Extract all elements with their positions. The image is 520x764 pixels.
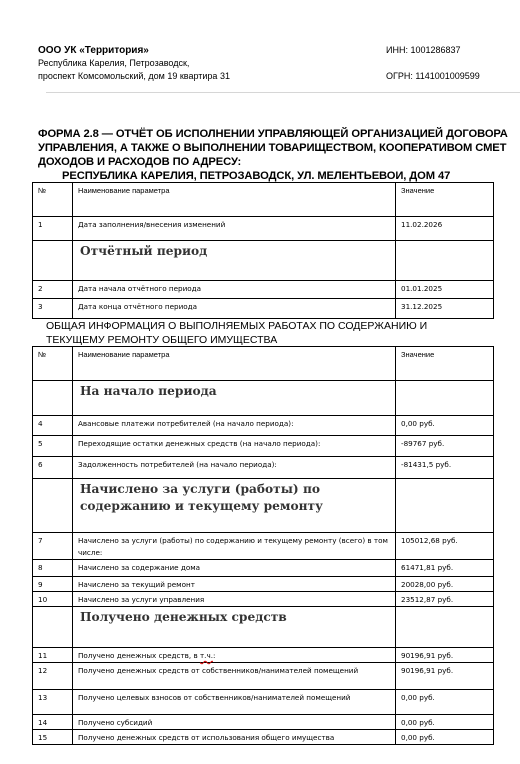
- header-divider: [46, 92, 520, 93]
- row-name: Получено денежных средств, в т.ч.:: [73, 648, 396, 663]
- section-heading-accrued: Начислено за услуги (работы) по содержан…: [78, 481, 391, 517]
- row-num: 10: [33, 592, 73, 607]
- organization-info: ООО УК «Территория» Республика Карелия, …: [38, 44, 230, 83]
- row-value: 20028,00 руб.: [396, 577, 494, 592]
- row-name: Дата начала отчётного периода: [73, 281, 396, 299]
- row-num: 6: [33, 457, 73, 479]
- row-num: 3: [33, 299, 73, 319]
- row-num: 9: [33, 577, 73, 592]
- table-row: 2 Дата начала отчётного периода 01.01.20…: [33, 281, 494, 299]
- row-name: Начислено за содержание дома: [73, 560, 396, 577]
- row-num: 1: [33, 217, 73, 241]
- row-name: Дата конца отчётного периода: [73, 299, 396, 319]
- row-value: 90196,91 руб.: [396, 648, 494, 663]
- row-num: 12: [33, 663, 73, 690]
- row-value: -81431,5 руб.: [396, 457, 494, 479]
- column-header-value: Значение: [396, 347, 494, 381]
- table-row: 11 Получено денежных средств, в т.ч.: 90…: [33, 648, 494, 663]
- section-row: Получено денежных средств: [33, 607, 494, 648]
- row-name: Получено денежных средств от использован…: [73, 730, 396, 745]
- section-heading-received: Получено денежных средств: [78, 609, 391, 628]
- table-row: 3 Дата конца отчётного периода 31.12.202…: [33, 299, 494, 319]
- row-name: Переходящие остатки денежных средств (на…: [73, 436, 396, 457]
- column-header-name: Наименование параметра: [73, 347, 396, 381]
- organization-name: ООО УК «Территория»: [38, 44, 230, 57]
- section-row: Начислено за услуги (работы) по содержан…: [33, 479, 494, 533]
- row-value: 0,00 руб.: [396, 416, 494, 436]
- row-value: 0,00 руб.: [396, 690, 494, 715]
- row-num: 4: [33, 416, 73, 436]
- row-num: 5: [33, 436, 73, 457]
- row-name: Начислено за услуги (работы) по содержан…: [73, 533, 396, 560]
- table-header-row: № Наименование параметра Значение: [33, 347, 494, 381]
- row-value: 31.12.2025: [396, 299, 494, 319]
- form-address: РЕСПУБЛИКА КАРЕЛИЯ, ПЕТРОЗАВОДСК, УЛ. МЕ…: [38, 169, 508, 183]
- section-heading-reporting-period: Отчётный период: [78, 243, 391, 262]
- column-header-value: Значение: [396, 183, 494, 217]
- form-title: ФОРМА 2.8 — ОТЧЁТ ОБ ИСПОЛНЕНИИ УПРАВЛЯЮ…: [38, 127, 508, 183]
- ogrn: ОГРН: 1141001009599: [386, 71, 480, 81]
- row-num: 15: [33, 730, 73, 745]
- row-num: 11: [33, 648, 73, 663]
- row-value: 0,00 руб.: [396, 715, 494, 730]
- row-name: Авансовые платежи потребителей (на начал…: [73, 416, 396, 436]
- registration-info: ИНН: 1001286837 ОГРН: 1141001009599: [386, 44, 480, 83]
- row-value: -89767 руб.: [396, 436, 494, 457]
- row-value: 61471,81 руб.: [396, 560, 494, 577]
- table-row: 14 Получено субсидий 0,00 руб.: [33, 715, 494, 730]
- form-title-text: ФОРМА 2.8 — ОТЧЁТ ОБ ИСПОЛНЕНИИ УПРАВЛЯЮ…: [38, 128, 508, 168]
- table-row: 5 Переходящие остатки денежных средств (…: [33, 436, 494, 457]
- row-name: Получено субсидий: [73, 715, 396, 730]
- section-row: Отчётный период: [33, 241, 494, 281]
- table-row: 8 Начислено за содержание дома 61471,81 …: [33, 560, 494, 577]
- row-value: 01.01.2025: [396, 281, 494, 299]
- row-num: 2: [33, 281, 73, 299]
- row-num: 13: [33, 690, 73, 715]
- row-name: Начислено за текущий ремонт: [73, 577, 396, 592]
- table-row: 15 Получено денежных средств от использо…: [33, 730, 494, 745]
- section-row: На начало периода: [33, 381, 494, 416]
- row-name: Начислено за услуги управления: [73, 592, 396, 607]
- row-name: Получено целевых взносов от собственнико…: [73, 690, 396, 715]
- row-value: 23512,87 руб.: [396, 592, 494, 607]
- table-header-row: № Наименование параметра Значение: [33, 183, 494, 217]
- organization-address-line2: проспект Комсомольский, дом 19 квартира …: [38, 70, 230, 83]
- row-name: Задолженность потребителей (на начало пе…: [73, 457, 396, 479]
- row-num: 7: [33, 533, 73, 560]
- row-value: 105012,68 руб.: [396, 533, 494, 560]
- table-row: 1 Дата заполнения/внесения изменений 11.…: [33, 217, 494, 241]
- general-info-title: ОБЩАЯ ИНФОРМАЦИЯ О ВЫПОЛНЯЕМЫХ РАБОТАХ П…: [46, 320, 486, 347]
- column-header-name: Наименование параметра: [73, 183, 396, 217]
- row-value: 0,00 руб.: [396, 730, 494, 745]
- spellcheck-flagged-word[interactable]: т.ч.: [200, 651, 213, 660]
- table-row: 10 Начислено за услуги управления 23512,…: [33, 592, 494, 607]
- table-row: 12 Получено денежных средств от собствен…: [33, 663, 494, 690]
- row-num: 14: [33, 715, 73, 730]
- section-heading-period-start: На начало периода: [78, 383, 391, 402]
- table-row: 13 Получено целевых взносов от собственн…: [33, 690, 494, 715]
- report-info-table: № Наименование параметра Значение 1 Дата…: [32, 182, 494, 319]
- row-value: 11.02.2026: [396, 217, 494, 241]
- table-row: 9 Начислено за текущий ремонт 20028,00 р…: [33, 577, 494, 592]
- table-row: 7 Начислено за услуги (работы) по содерж…: [33, 533, 494, 560]
- general-info-table: № Наименование параметра Значение На нач…: [32, 346, 494, 745]
- row-num: 8: [33, 560, 73, 577]
- row-name: Дата заполнения/внесения изменений: [73, 217, 396, 241]
- table-row: 4 Авансовые платежи потребителей (на нач…: [33, 416, 494, 436]
- column-header-num: №: [33, 347, 73, 381]
- row-value: 90196,91 руб.: [396, 663, 494, 690]
- table-row: 6 Задолженность потребителей (на начало …: [33, 457, 494, 479]
- row-name: Получено денежных средств от собственник…: [73, 663, 396, 690]
- column-header-num: №: [33, 183, 73, 217]
- inn: ИНН: 1001286837: [386, 44, 480, 70]
- organization-address-line1: Республика Карелия, Петрозаводск,: [38, 57, 230, 70]
